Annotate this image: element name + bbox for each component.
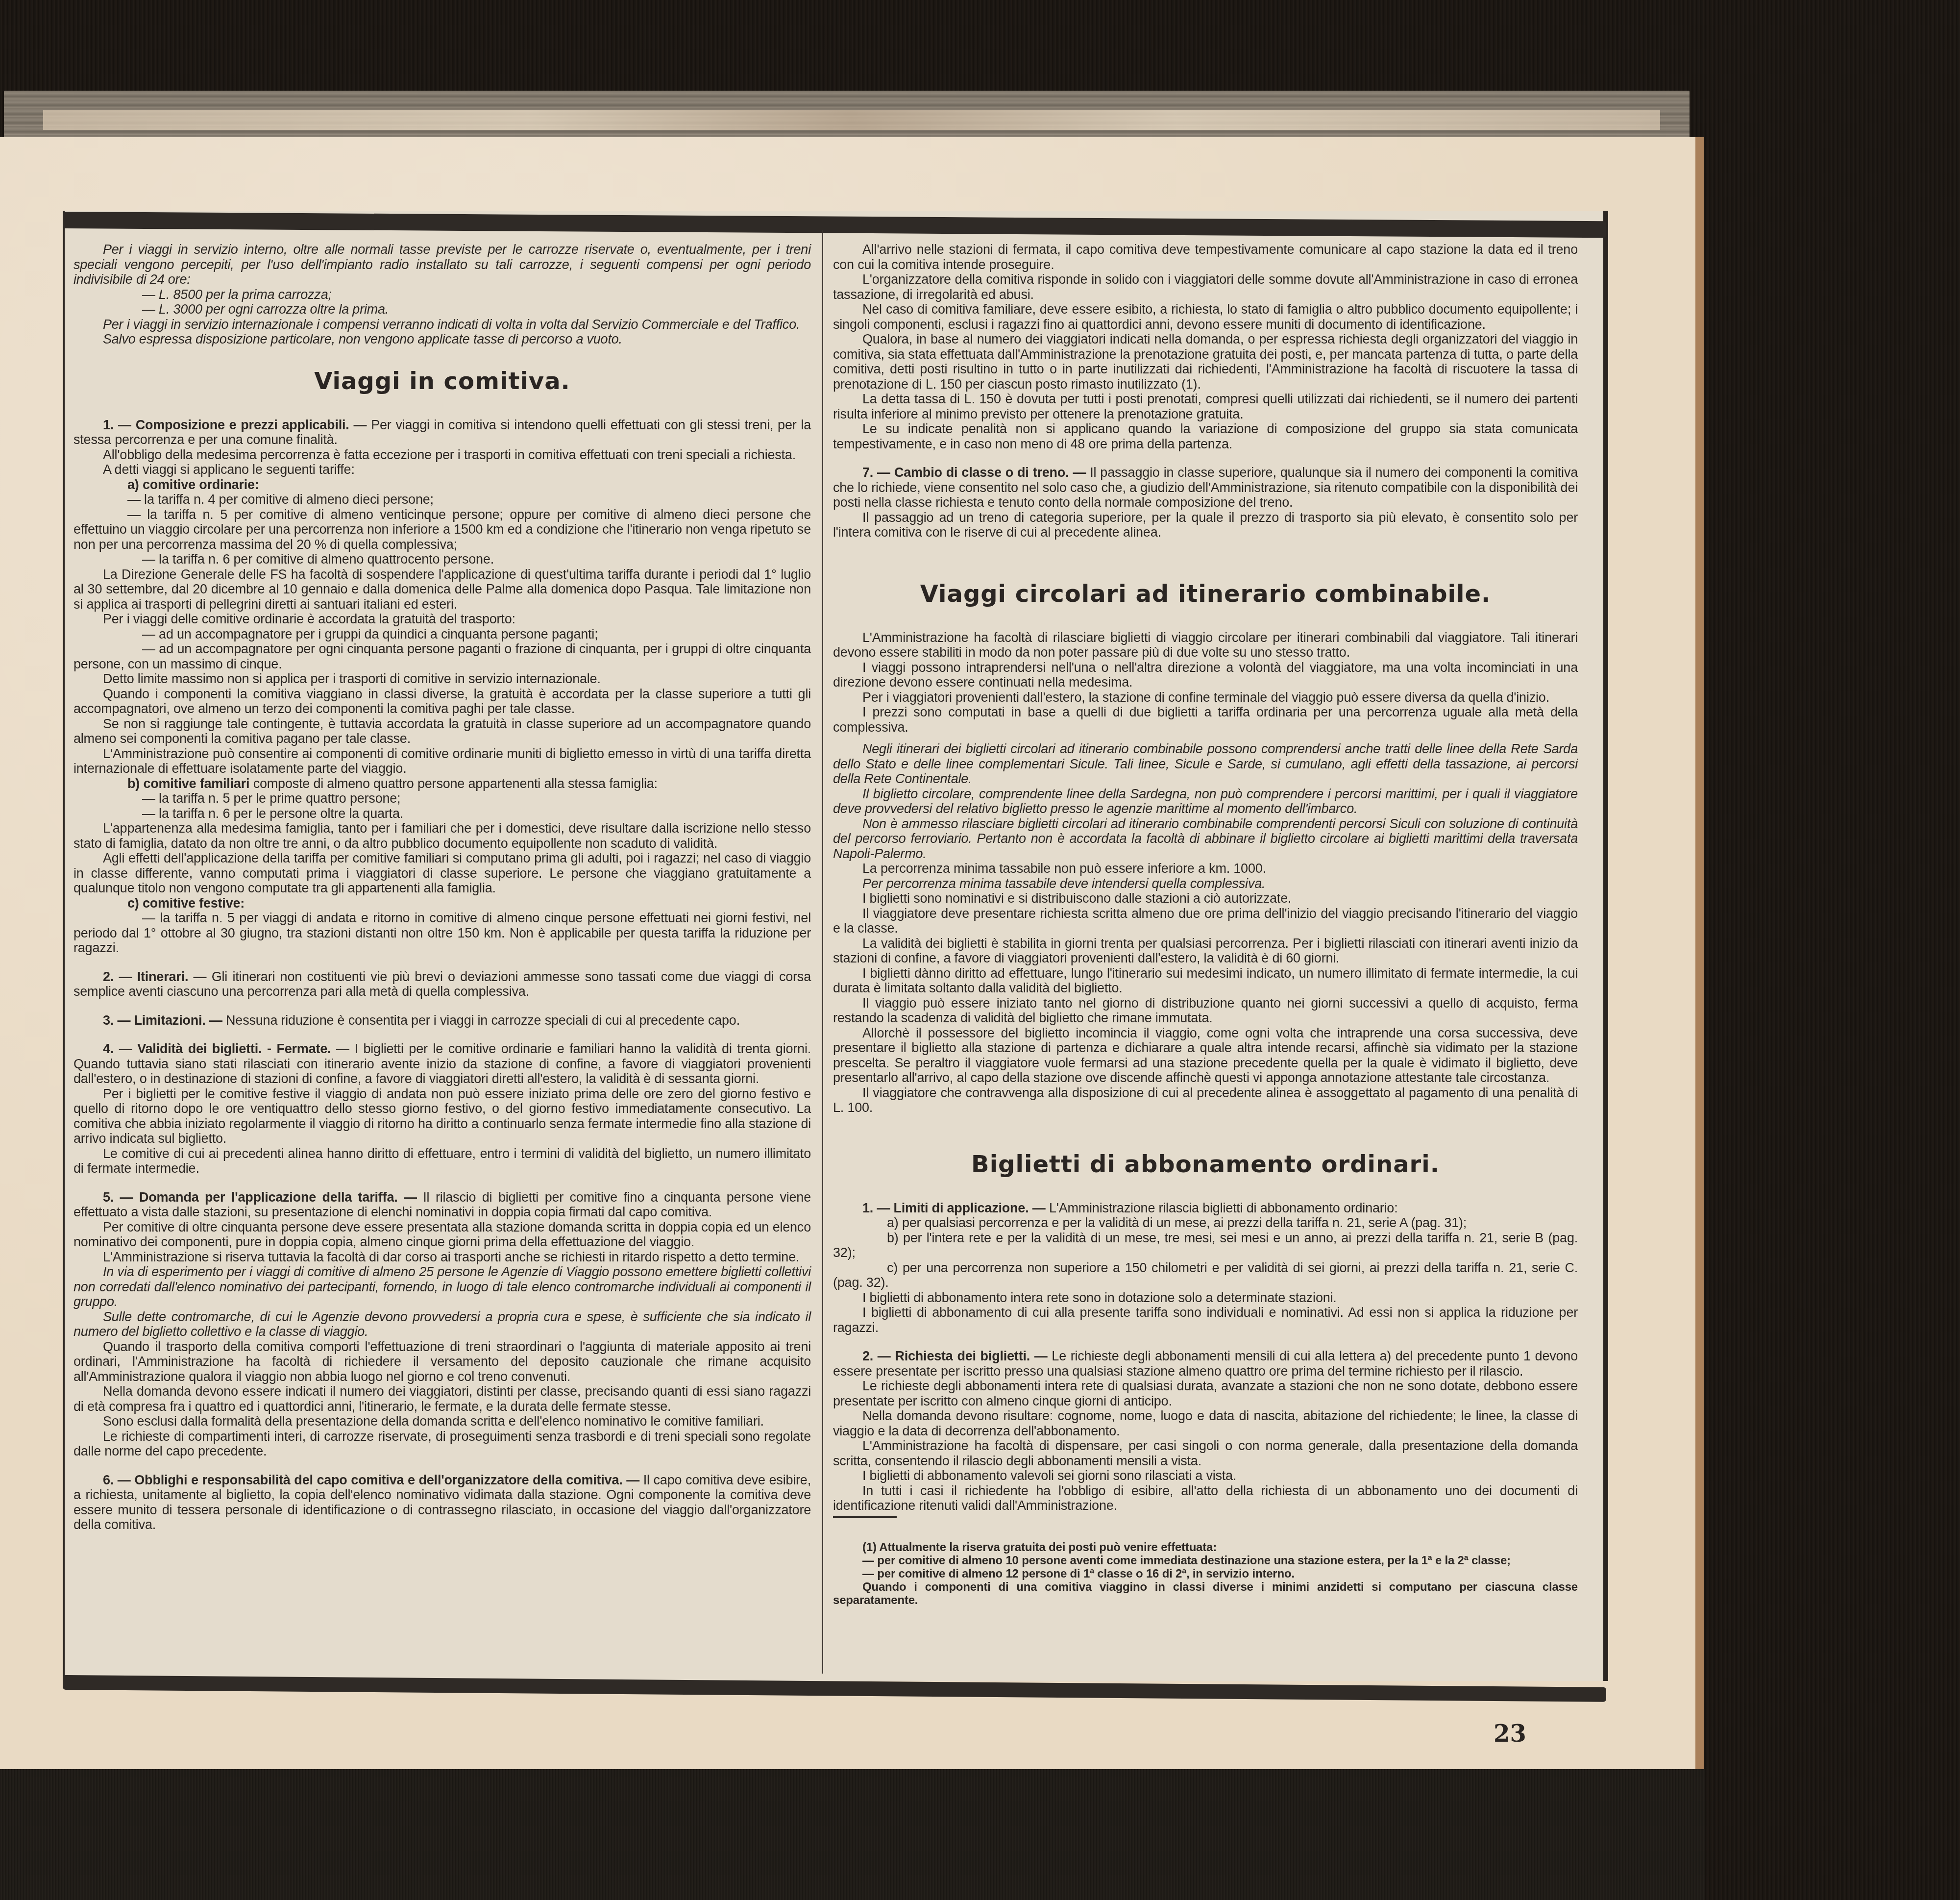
s6-paragraph: 6. — Obblighi e responsabilità del capo … [73, 1473, 811, 1532]
paragraph: Il passaggio ad un treno di categoria su… [833, 510, 1578, 540]
s1-paragraph: 1. — Composizione e prezzi applicabili. … [73, 418, 811, 447]
paragraph: Le richieste di compartimenti interi, di… [73, 1429, 811, 1459]
s4-paragraph: 4. — Validità dei biglietti. - Fermate. … [73, 1041, 811, 1086]
paragraph: Il viaggio può essere iniziato tanto nel… [833, 996, 1578, 1026]
section-title-viaggi-circolari: Viaggi circolari ad itinerario combinabi… [833, 579, 1578, 609]
subsection-label: c) comitive festive: [73, 896, 811, 911]
paragraph: Nel caso di comitiva familiare, deve ess… [833, 302, 1578, 332]
footnote-item: — per comitive di almeno 12 persone di 1… [833, 1567, 1578, 1580]
list-item: — ad un accompagnatore per i gruppi da q… [73, 627, 811, 642]
paragraph: Le su indicate penalità non si applicano… [833, 421, 1578, 451]
intro-item: — L. 8500 per la prima carrozza; [73, 287, 811, 302]
paragraph: Nella domanda devono essere indicati il … [73, 1384, 811, 1414]
s3-paragraph: 3. — Limitazioni. — Nessuna riduzione è … [73, 1013, 811, 1028]
italic-paragraph: In via di esperimento per i viaggi di co… [73, 1264, 811, 1309]
paragraph: Qualora, in base al numero dei viaggiato… [833, 332, 1578, 392]
paragraph: Allorchè il possessore del biglietto inc… [833, 1026, 1578, 1086]
section-title-viaggi-comitiva: Viaggi in comitiva. [73, 367, 811, 396]
right-column: All'arrivo nelle stazioni di fermata, il… [833, 235, 1578, 1607]
paragraph: L'Amministrazione si riserva tuttavia la… [73, 1250, 811, 1265]
paragraph: L'Amministrazione ha facoltà di rilascia… [833, 630, 1578, 660]
intro-paragraph: Per i viaggi in servizio internazionale … [73, 317, 811, 332]
list-item: — la tariffa n. 5 per comitive di almeno… [73, 507, 811, 552]
paragraph: I prezzi sono computati in base a quelli… [833, 705, 1578, 735]
list-item: — la tariffa n. 6 per comitive di almeno… [73, 552, 811, 567]
paragraph: In tutti i casi il richiedente ha l'obbl… [833, 1483, 1578, 1513]
footnote-item: — per comitive di almeno 10 persone aven… [833, 1554, 1578, 1567]
list-item: a) per qualsiasi percorrenza e per la va… [833, 1215, 1578, 1231]
paragraph: Le comitive di cui ai precedenti alinea … [73, 1146, 811, 1176]
paragraph: Per i viaggiatori provenienti dall'ester… [833, 690, 1578, 705]
italic-paragraph: Per percorrenza minima tassabile deve in… [833, 876, 1578, 891]
intro-paragraph: Per i viaggi in servizio interno, oltre … [73, 242, 811, 287]
paragraph: All'obbligo della medesima percorrenza è… [73, 447, 811, 463]
footnote-closing: Quando i componenti di una comitiva viag… [833, 1580, 1578, 1607]
subsection-b: b) comitive familiari composte di almeno… [73, 776, 811, 791]
paragraph: Detto limite massimo non si applica per … [73, 671, 811, 687]
subsection-label: a) comitive ordinarie: [73, 477, 811, 493]
paragraph: Quando i componenti la comitiva viaggian… [73, 687, 811, 716]
paragraph: L'organizzatore della comitiva risponde … [833, 272, 1578, 302]
paragraph: Sono esclusi dalla formalità della prese… [73, 1414, 811, 1429]
italic-paragraph: Non è ammesso rilasciare biglietti circo… [833, 816, 1578, 862]
paragraph: Se non si raggiunge tale contingente, è … [73, 716, 811, 746]
paragraph: Quando il trasporto della comitiva compo… [73, 1339, 811, 1384]
page-number: 23 [1494, 1720, 1526, 1748]
list-item: b) per l'intera rete e per la validità d… [833, 1231, 1578, 1260]
paragraph: La validità dei biglietti è stabilita in… [833, 936, 1578, 966]
torn-edge [43, 110, 1660, 130]
paragraph: I biglietti sono nominativi e si distrib… [833, 891, 1578, 906]
list-item: c) per una percorrenza non superiore a 1… [833, 1260, 1578, 1290]
section-title-biglietti-abbonamento: Biglietti di abbonamento ordinari. [833, 1150, 1578, 1179]
paragraph: All'arrivo nelle stazioni di fermata, il… [833, 242, 1578, 272]
paragraph: Per i viaggi delle comitive ordinarie è … [73, 612, 811, 627]
ab2-paragraph: 2. — Richiesta dei biglietti. — Le richi… [833, 1349, 1578, 1379]
paragraph: Per comitive di oltre cinquanta persone … [73, 1220, 811, 1250]
italic-paragraph: Il biglietto circolare, comprendente lin… [833, 787, 1578, 816]
paragraph: I biglietti di abbonamento valevoli sei … [833, 1468, 1578, 1483]
paragraph: Il viaggiatore deve presentare richiesta… [833, 906, 1578, 936]
footnote-title: (1) Attualmente la riserva gratuita dei … [833, 1541, 1578, 1554]
list-item: — la tariffa n. 5 per le prime quattro p… [73, 791, 811, 806]
list-item: — ad un accompagnatore per ogni cinquant… [73, 642, 811, 671]
ab1-paragraph: 1. — Limiti di applicazione. — L'Amminis… [833, 1201, 1578, 1216]
paragraph: Per i biglietti per le comitive festive … [73, 1086, 811, 1146]
list-item: — la tariffa n. 5 per viaggi di andata e… [73, 911, 811, 956]
s5-paragraph: 5. — Domanda per l'applicazione della ta… [73, 1190, 811, 1220]
s2-paragraph: 2. — Itinerari. — Gli itinerari non cost… [73, 969, 811, 999]
paragraph: L'appartenenza alla medesima famiglia, t… [73, 821, 811, 851]
intro-paragraph: Salvo espressa disposizione particolare,… [73, 332, 811, 347]
s7-paragraph: 7. — Cambio di classe o di treno. — Il p… [833, 465, 1578, 510]
paragraph: Agli effetti dell'applicazione della tar… [73, 851, 811, 896]
paragraph: Nella domanda devono risultare: cognome,… [833, 1408, 1578, 1438]
paragraph: L'Amministrazione ha facoltà di dispensa… [833, 1438, 1578, 1468]
paragraph: L'Amministrazione può consentire ai comp… [73, 746, 811, 776]
italic-paragraph: Negli itinerari dei biglietti circolari … [833, 741, 1578, 787]
list-item: — la tariffa n. 6 per le persone oltre l… [73, 806, 811, 821]
paragraph: La percorrenza minima tassabile non può … [833, 861, 1578, 876]
italic-paragraph: Sulle dette contromarche, di cui le Agen… [73, 1309, 811, 1339]
paragraph: I biglietti dànno diritto ad effettuare,… [833, 966, 1578, 996]
list-item: — la tariffa n. 4 per comitive di almeno… [73, 492, 811, 507]
paragraph: La detta tassa di L. 150 è dovuta per tu… [833, 392, 1578, 421]
intro-item: — L. 3000 per ogni carrozza oltre la pri… [73, 302, 811, 317]
left-column: Per i viaggi in servizio interno, oltre … [73, 235, 811, 1532]
paragraph: La Direzione Generale delle FS ha facolt… [73, 567, 811, 612]
paragraph: Il viaggiatore che contravvenga alla dis… [833, 1086, 1578, 1115]
paragraph: I biglietti di abbonamento intera rete s… [833, 1290, 1578, 1306]
footnote-rule [833, 1516, 897, 1518]
footnote: (1) Attualmente la riserva gratuita dei … [833, 1541, 1578, 1607]
paragraph: I biglietti di abbonamento di cui alla p… [833, 1305, 1578, 1335]
column-divider [822, 230, 823, 1674]
book-page-edges [4, 91, 1690, 145]
bottom-background [0, 1769, 1705, 1900]
paragraph: Le richieste degli abbonamenti intera re… [833, 1379, 1578, 1408]
paragraph: I viaggi possono intraprendersi nell'una… [833, 660, 1578, 690]
s1-heading: 1. — Composizione e prezzi applicabili. … [103, 418, 367, 432]
paragraph: A detti viaggi si applicano le seguenti … [73, 462, 811, 477]
